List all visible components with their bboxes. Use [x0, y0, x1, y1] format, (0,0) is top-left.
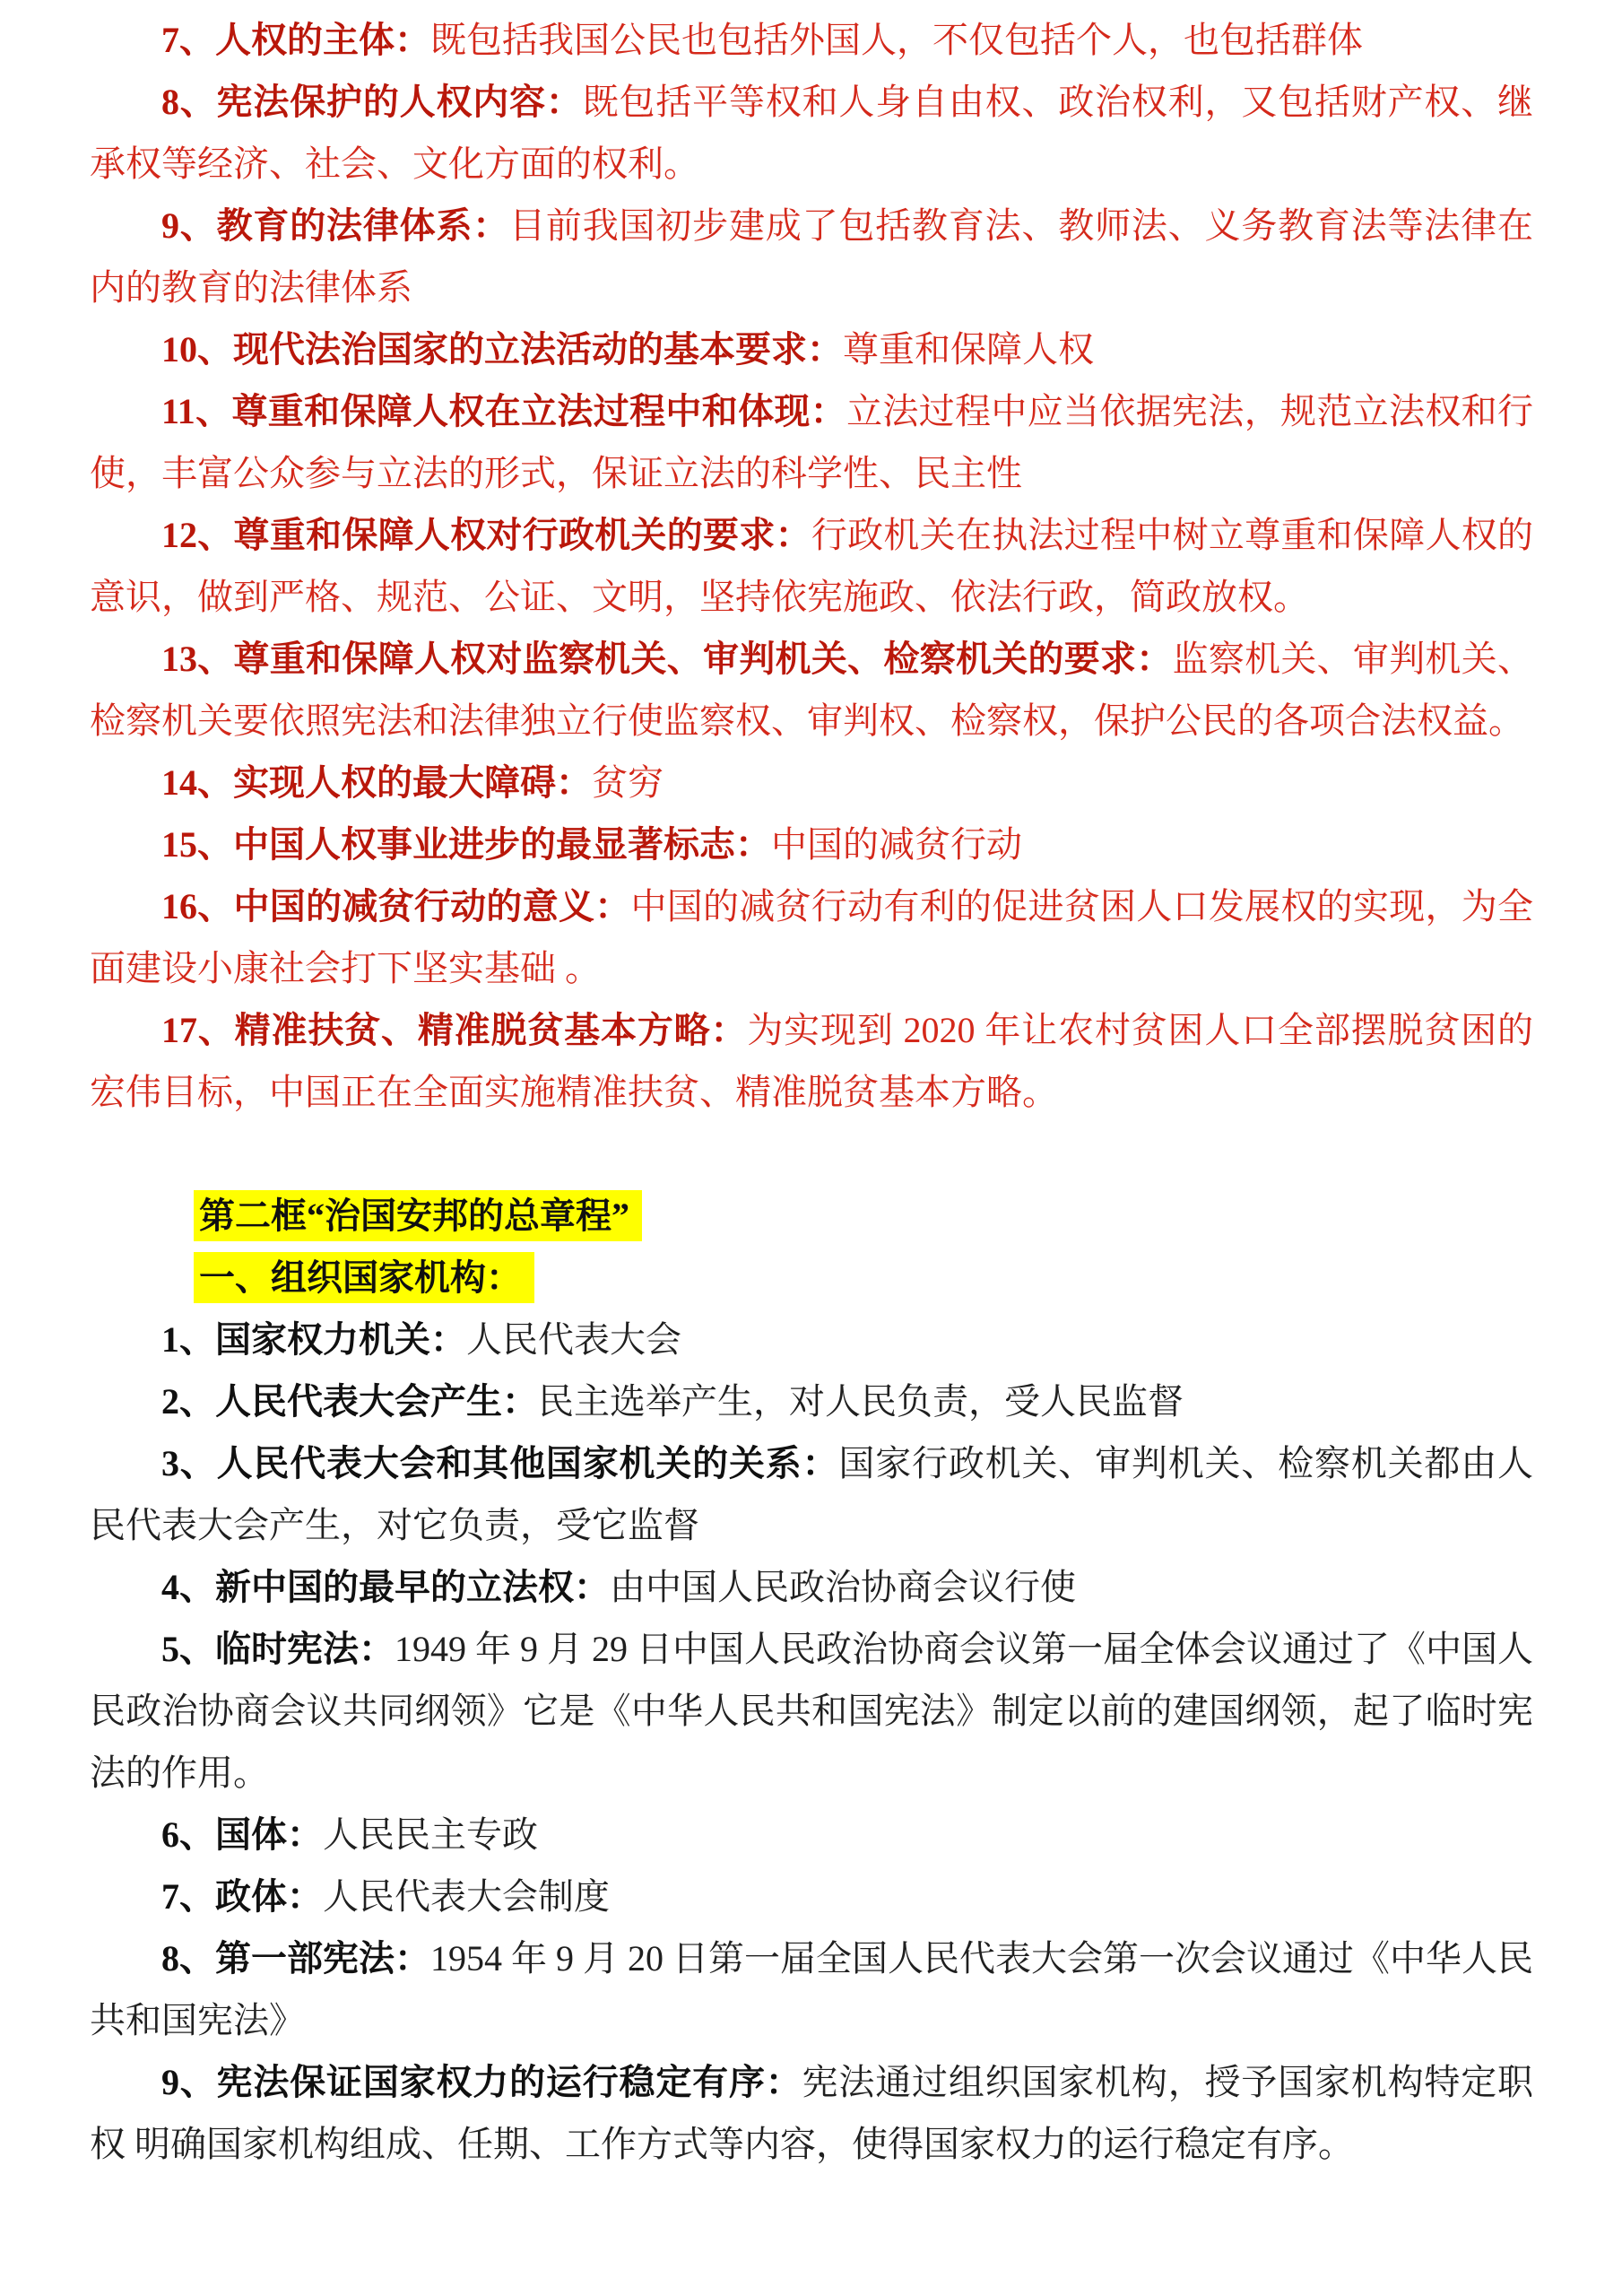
item-lead: 2、人民代表大会产生：: [161, 1381, 538, 1422]
item-lead: 13、尊重和保障人权对监察机关、审判机关、检察机关的要求：: [161, 639, 1173, 679]
section-human-rights-notes: 7、人权的主体：既包括我国公民也包括外国人，不仅包括个人，也包括群体 8、宪法保…: [90, 9, 1533, 1123]
section-subheading-organs: 一、组织国家机构：: [90, 1247, 1533, 1309]
section-heading-frame2: 第二框“治国安邦的总章程”: [90, 1185, 1533, 1247]
item-lead: 12、尊重和保障人权对行政机关的要求：: [161, 515, 811, 555]
item-lead: 6、国体：: [161, 1814, 323, 1855]
item-body: 人民民主专政: [323, 1814, 538, 1855]
item-lead: 5、临时宪法：: [161, 1629, 395, 1669]
document-page: 7、人权的主体：既包括我国公民也包括外国人，不仅包括个人，也包括群体 8、宪法保…: [0, 0, 1622, 2296]
item-lead: 15、中国人权事业进步的最显著标志：: [161, 824, 771, 865]
item-lead: 10、现代法治国家的立法活动的基本要求：: [161, 329, 843, 370]
item-body: 既包括我国公民也包括外国人，不仅包括个人，也包括群体: [430, 20, 1363, 60]
note-item-3: 3、人民代表大会和其他国家机关的关系：国家行政机关、审判机关、检察机关都由人民代…: [90, 1432, 1533, 1556]
item-lead: 4、新中国的最早的立法权：: [161, 1567, 610, 1607]
item-body: 尊重和保障人权: [843, 329, 1094, 370]
item-lead: 16、中国的减贫行动的意义：: [161, 886, 631, 926]
item-lead: 3、人民代表大会和其他国家机关的关系：: [161, 1443, 838, 1483]
item-body: 中国的减贫行动: [771, 824, 1022, 865]
item-lead: 7、人权的主体：: [161, 20, 430, 60]
note-item-9b: 9、宪法保证国家权力的运行稳定有序：宪法通过组织国家机构，授予国家机构特定职权 …: [90, 2051, 1533, 2175]
note-item-1: 1、国家权力机关：人民代表大会: [90, 1309, 1533, 1370]
note-item-7b: 7、政体：人民代表大会制度: [90, 1865, 1533, 1927]
item-lead: 9、教育的法律体系：: [161, 205, 509, 246]
note-item-11: 11、尊重和保障人权在立法过程中和体现：立法过程中应当依据宪法，规范立法权和行使…: [90, 380, 1533, 504]
highlighted-heading: 第二框“治国安邦的总章程”: [194, 1190, 642, 1241]
note-item-17: 17、精准扶贫、精准脱贫基本方略：为实现到 2020 年让农村贫困人口全部摆脱贫…: [90, 999, 1533, 1123]
note-item-7: 7、人权的主体：既包括我国公民也包括外国人，不仅包括个人，也包括群体: [90, 9, 1533, 71]
item-lead: 7、政体：: [161, 1876, 323, 1917]
note-item-14: 14、实现人权的最大障碍：贫穷: [90, 752, 1533, 813]
note-item-13: 13、尊重和保障人权对监察机关、审判机关、检察机关的要求：监察机关、审判机关、检…: [90, 628, 1533, 752]
section-state-organs-notes: 第二框“治国安邦的总章程” 一、组织国家机构： 1、国家权力机关：人民代表大会 …: [90, 1185, 1533, 2175]
item-lead: 8、宪法保护的人权内容：: [161, 82, 583, 122]
note-item-16: 16、中国的减贫行动的意义：中国的减贫行动有利的促进贫困人口发展权的实现，为全面…: [90, 875, 1533, 999]
note-item-2: 2、人民代表大会产生：民主选举产生，对人民负责，受人民监督: [90, 1370, 1533, 1432]
highlighted-subheading: 一、组织国家机构：: [194, 1252, 534, 1303]
item-body: 人民代表大会: [466, 1319, 681, 1360]
item-lead: 17、精准扶贫、精准脱贫基本方略：: [161, 1010, 747, 1050]
item-lead: 1、国家权力机关：: [161, 1319, 466, 1360]
blank-line: [90, 1123, 1533, 1185]
note-item-10: 10、现代法治国家的立法活动的基本要求：尊重和保障人权: [90, 318, 1533, 380]
item-body: 人民代表大会制度: [323, 1876, 610, 1917]
item-body: 民主选举产生，对人民负责，受人民监督: [538, 1381, 1184, 1422]
item-body: 由中国人民政治协商会议行使: [610, 1567, 1076, 1607]
note-item-12: 12、尊重和保障人权对行政机关的要求：行政机关在执法过程中树立尊重和保障人权的意…: [90, 504, 1533, 628]
item-body: 贫穷: [592, 762, 664, 803]
item-lead: 9、宪法保证国家权力的运行稳定有序：: [161, 2062, 802, 2102]
item-lead: 14、实现人权的最大障碍：: [161, 762, 592, 803]
note-item-9: 9、教育的法律体系：目前我国初步建成了包括教育法、教师法、义务教育法等法律在内的…: [90, 195, 1533, 318]
note-item-15: 15、中国人权事业进步的最显著标志：中国的减贫行动: [90, 813, 1533, 875]
item-lead: 11、尊重和保障人权在立法过程中和体现：: [161, 391, 846, 431]
note-item-8b: 8、第一部宪法：1954 年 9 月 20 日第一届全国人民代表大会第一次会议通…: [90, 1927, 1533, 2051]
note-item-8: 8、宪法保护的人权内容：既包括平等权和人身自由权、政治权利，又包括财产权、继承权…: [90, 71, 1533, 195]
note-item-4: 4、新中国的最早的立法权：由中国人民政治协商会议行使: [90, 1556, 1533, 1618]
note-item-5: 5、临时宪法：1949 年 9 月 29 日中国人民政治协商会议第一届全体会议通…: [90, 1618, 1533, 1804]
item-lead: 8、第一部宪法：: [161, 1938, 430, 1979]
note-item-6: 6、国体：人民民主专政: [90, 1804, 1533, 1865]
